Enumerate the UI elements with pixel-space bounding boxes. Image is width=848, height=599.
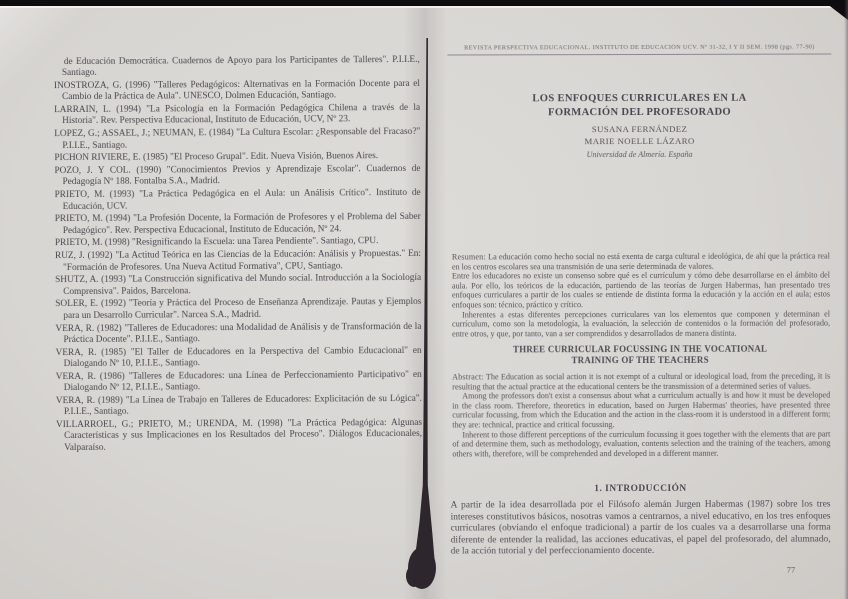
reference-entry: PRIETO, M. (1998) "Resignificando la Esc… — [55, 236, 421, 250]
article-title-line1: LOS ENFOQUES CURRICULARES EN LA — [447, 91, 831, 106]
reference-entry: INOSTROZA, G. (1996) "Talleres Pedagógic… — [54, 79, 420, 104]
reference-entry: POZO, J. Y COL. (1990) "Conocimientos Pr… — [54, 164, 420, 189]
resumen-paragraph: Entre los educadores no existe un consen… — [452, 271, 830, 310]
reference-entry: VERA, R. (1982) "Talleres de Educadores:… — [55, 321, 421, 346]
author-affiliation: Universidad de Almería. España — [448, 149, 832, 159]
resumen-paragraph: Resumen: La educación como hecho social … — [452, 252, 830, 272]
english-title: THREE CURRICULAR FOCUSSING IN THE VOCATI… — [448, 343, 832, 366]
section-heading-introduccion: 1. INTRODUCCIÓN — [448, 483, 832, 494]
article-first-page: REVISTA PERSPECTIVA EDUCACIONAL. INSTITU… — [447, 0, 833, 599]
english-title-line2: TRAINING OF THE TEACHERS — [448, 354, 832, 366]
author-name: MARIE NOELLE LÁZARO — [448, 135, 832, 148]
reference-entry: VERA, R. (1986) "Talleres de Educadores:… — [56, 370, 422, 395]
abstract-text: The Education as social action it is not… — [452, 372, 830, 392]
abstract-label: Abstract: — [452, 372, 483, 381]
resumen-section: Resumen: La educación como hecho social … — [452, 252, 830, 339]
journal-running-header: REVISTA PERSPECTIVA EDUCACIONAL. INSTITU… — [447, 43, 831, 55]
references-list: de Educación Democrática. Cuadernos de A… — [54, 55, 422, 456]
reference-entry: de Educación Democrática. Cuadernos de A… — [54, 55, 420, 80]
abstract-section: Abstract: The Education as social action… — [452, 372, 830, 459]
introduction-paragraph: A partir de la idea desarrollada por el … — [451, 500, 831, 559]
reference-entry: PRIETO, M. (1994) "La Profesión Docente,… — [55, 212, 421, 237]
article-title-line2: FORMACIÓN DEL PROFESORADO — [447, 105, 831, 120]
reference-entry: LARRAIN, L. (1994) "La Psicología en la … — [54, 103, 420, 128]
article-title: LOS ENFOQUES CURRICULARES EN LA FORMACIÓ… — [447, 91, 831, 119]
reference-entry: VERA, R. (1985) "El Taller de Educadores… — [56, 346, 422, 371]
author-names: SUSANA FERNÁNDEZ MARIE NOELLE LÁZARO — [448, 123, 832, 147]
reference-entry: SHUTZ, A. (1993) "La Construcción signif… — [55, 273, 421, 298]
abstract-paragraph: Among the professors don't exist a conse… — [452, 391, 830, 430]
reference-entry: PRIETO, M. (1993) "La Práctica Pedagógic… — [55, 188, 421, 213]
abstract-paragraph: Inherent to those different perceptions … — [452, 429, 830, 459]
reference-entry: VILLARROEL, G.; PRIETO, M.; URENDA, M. (… — [56, 418, 422, 454]
resumen-text: La educación como hecho social no está e… — [452, 252, 830, 272]
reference-entry: SOLER, E. (1992) "Teoría y Práctica del … — [55, 297, 421, 322]
reference-entry: LOPEZ, G.; ASSAEL, J.; NEUMAN, E. (1984)… — [54, 127, 420, 152]
page-edge-shadow — [844, 0, 848, 599]
reference-entry: VERA, R. (1989) "La Línea de Trabajo en … — [56, 394, 422, 419]
abstract-paragraph: Abstract: The Education as social action… — [452, 372, 830, 392]
author-name: SUSANA FERNÁNDEZ — [448, 123, 832, 136]
resumen-label: Resumen: — [452, 252, 486, 261]
reference-entry: PICHON RIVIERE, E. (1985) "El Proceso Gr… — [54, 151, 420, 165]
scanned-book-spread: de Educación Democrática. Cuadernos de A… — [0, 0, 848, 599]
resumen-paragraph: Inherentes a estas diferentes percepcion… — [452, 309, 830, 339]
reference-entry: RUZ, J. (1992) "La Actitud Teórica en la… — [55, 249, 421, 274]
page-number: 77 — [787, 565, 796, 575]
